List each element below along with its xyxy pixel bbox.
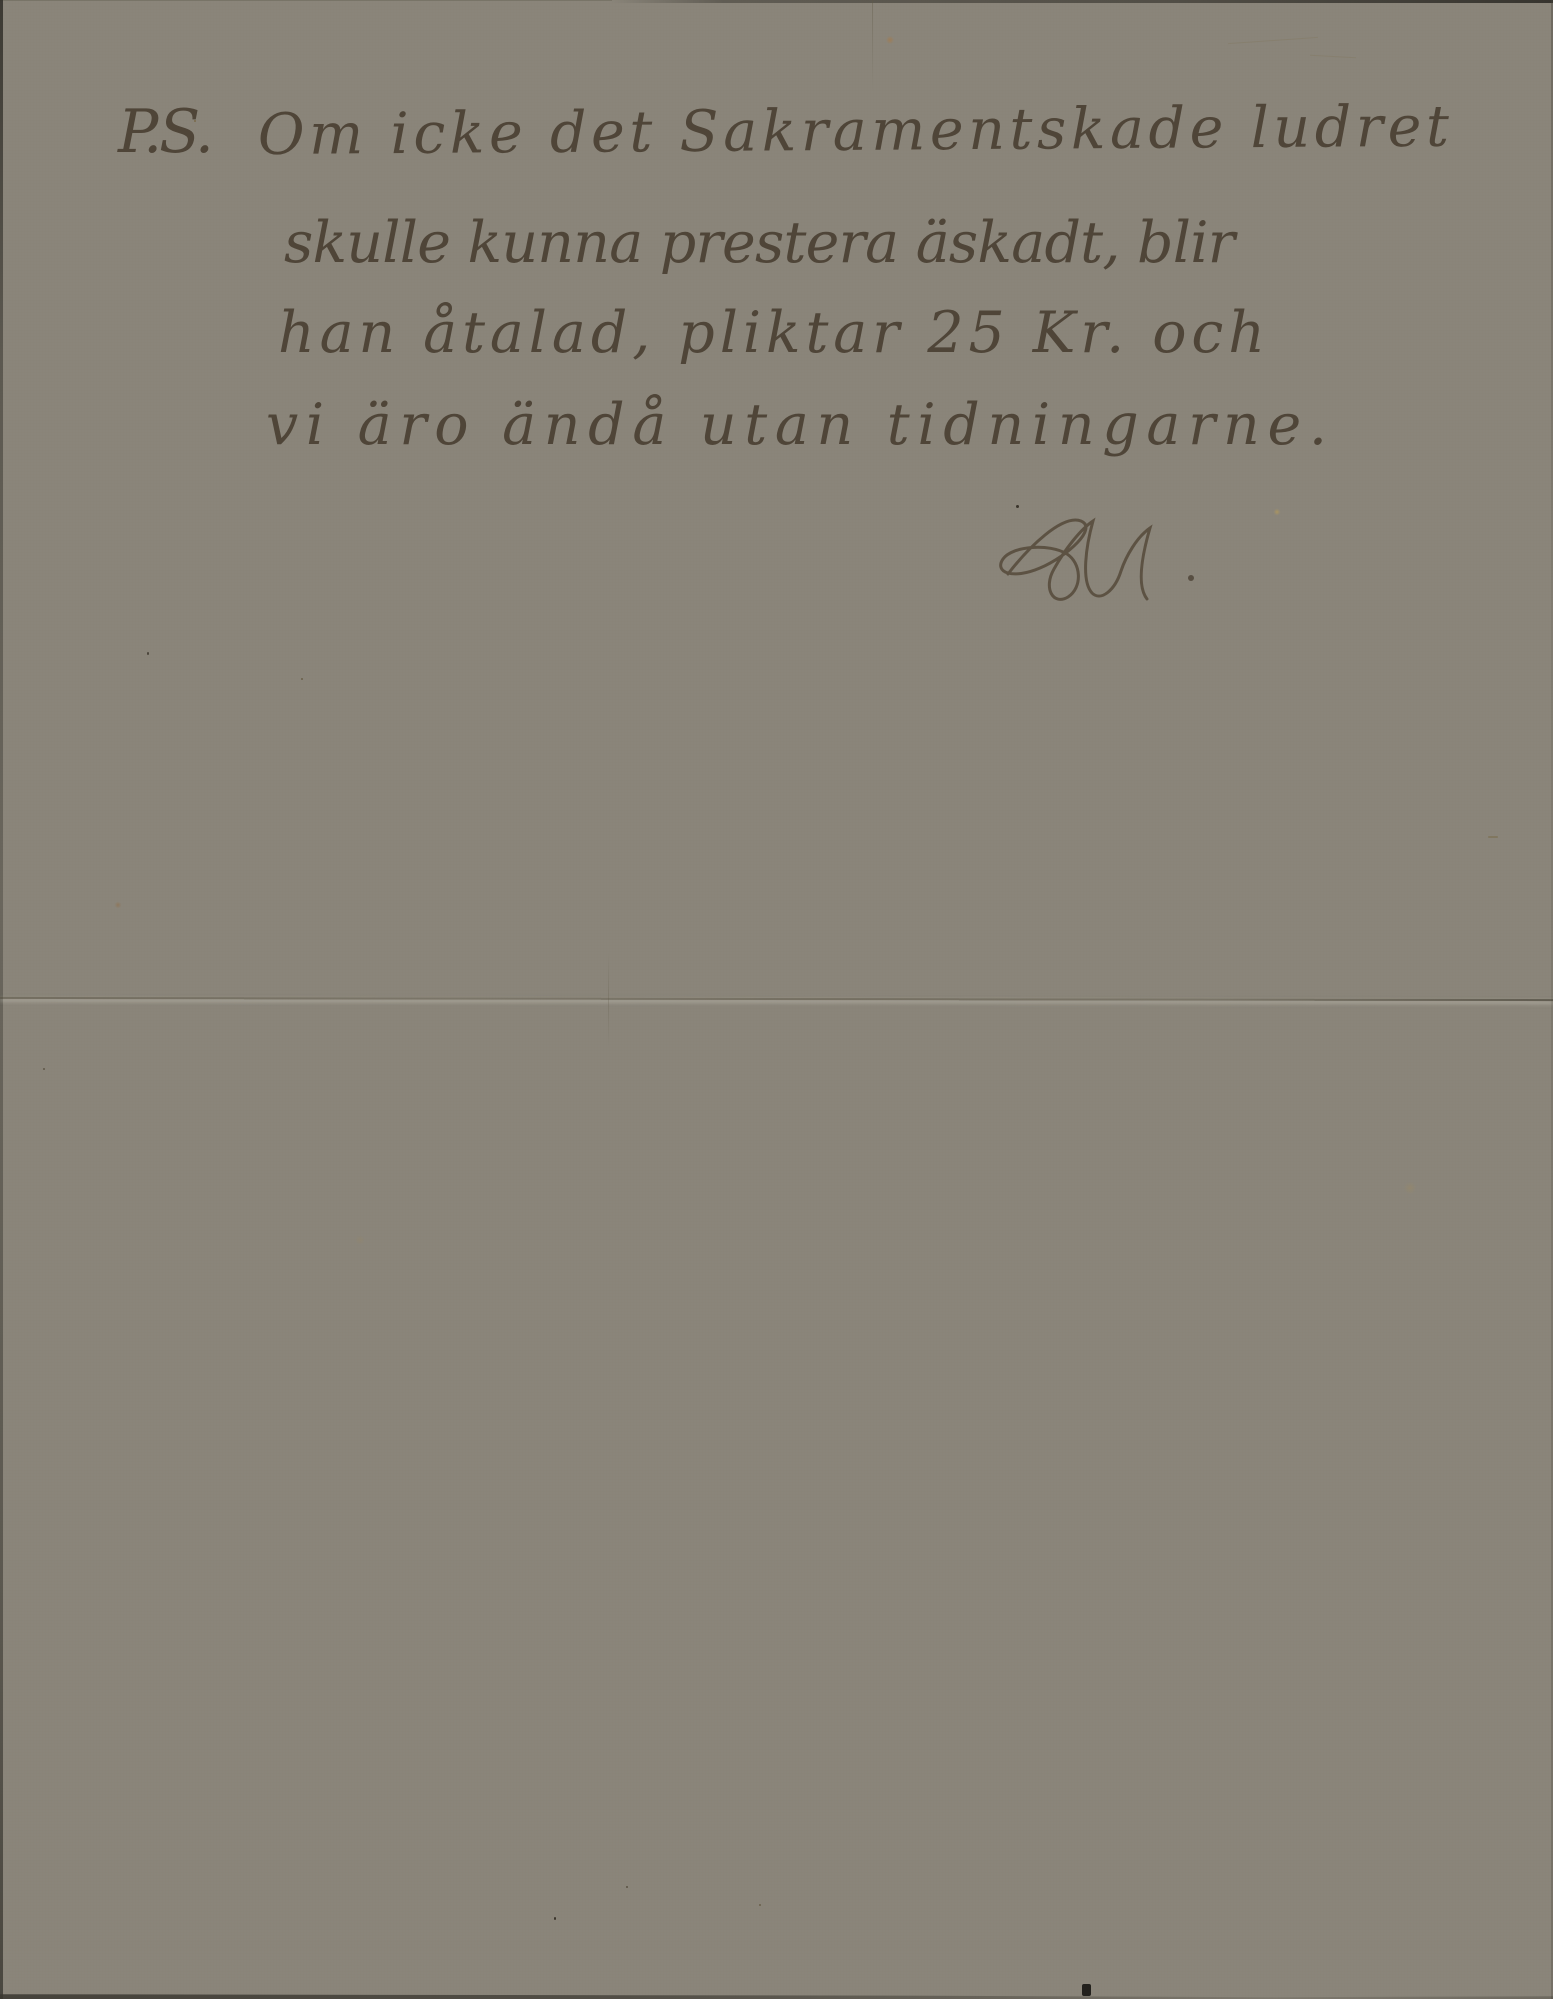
postscript-abbreviation: P.S.	[117, 97, 214, 167]
signature	[1001, 520, 1194, 599]
handwritten-line-3: han åtalad, pliktar 25 Kr. och	[278, 300, 1266, 366]
handwritten-line-2: skulle kunna prestera äskadt, blir	[284, 210, 1239, 276]
signature-monogram	[1001, 520, 1150, 599]
handwritten-line-4: vi äro ändå utan tidningarne.	[266, 392, 1328, 458]
signature-period-dot	[1188, 575, 1194, 581]
handwritten-text-layer: P.S. Om icke det Sakramentskade ludret s…	[0, 0, 1553, 1999]
handwritten-line-1: Om icke det Sakramentskade ludret	[258, 94, 1450, 168]
scanned-letter-page: P.S. Om icke det Sakramentskade ludret s…	[0, 0, 1553, 1999]
